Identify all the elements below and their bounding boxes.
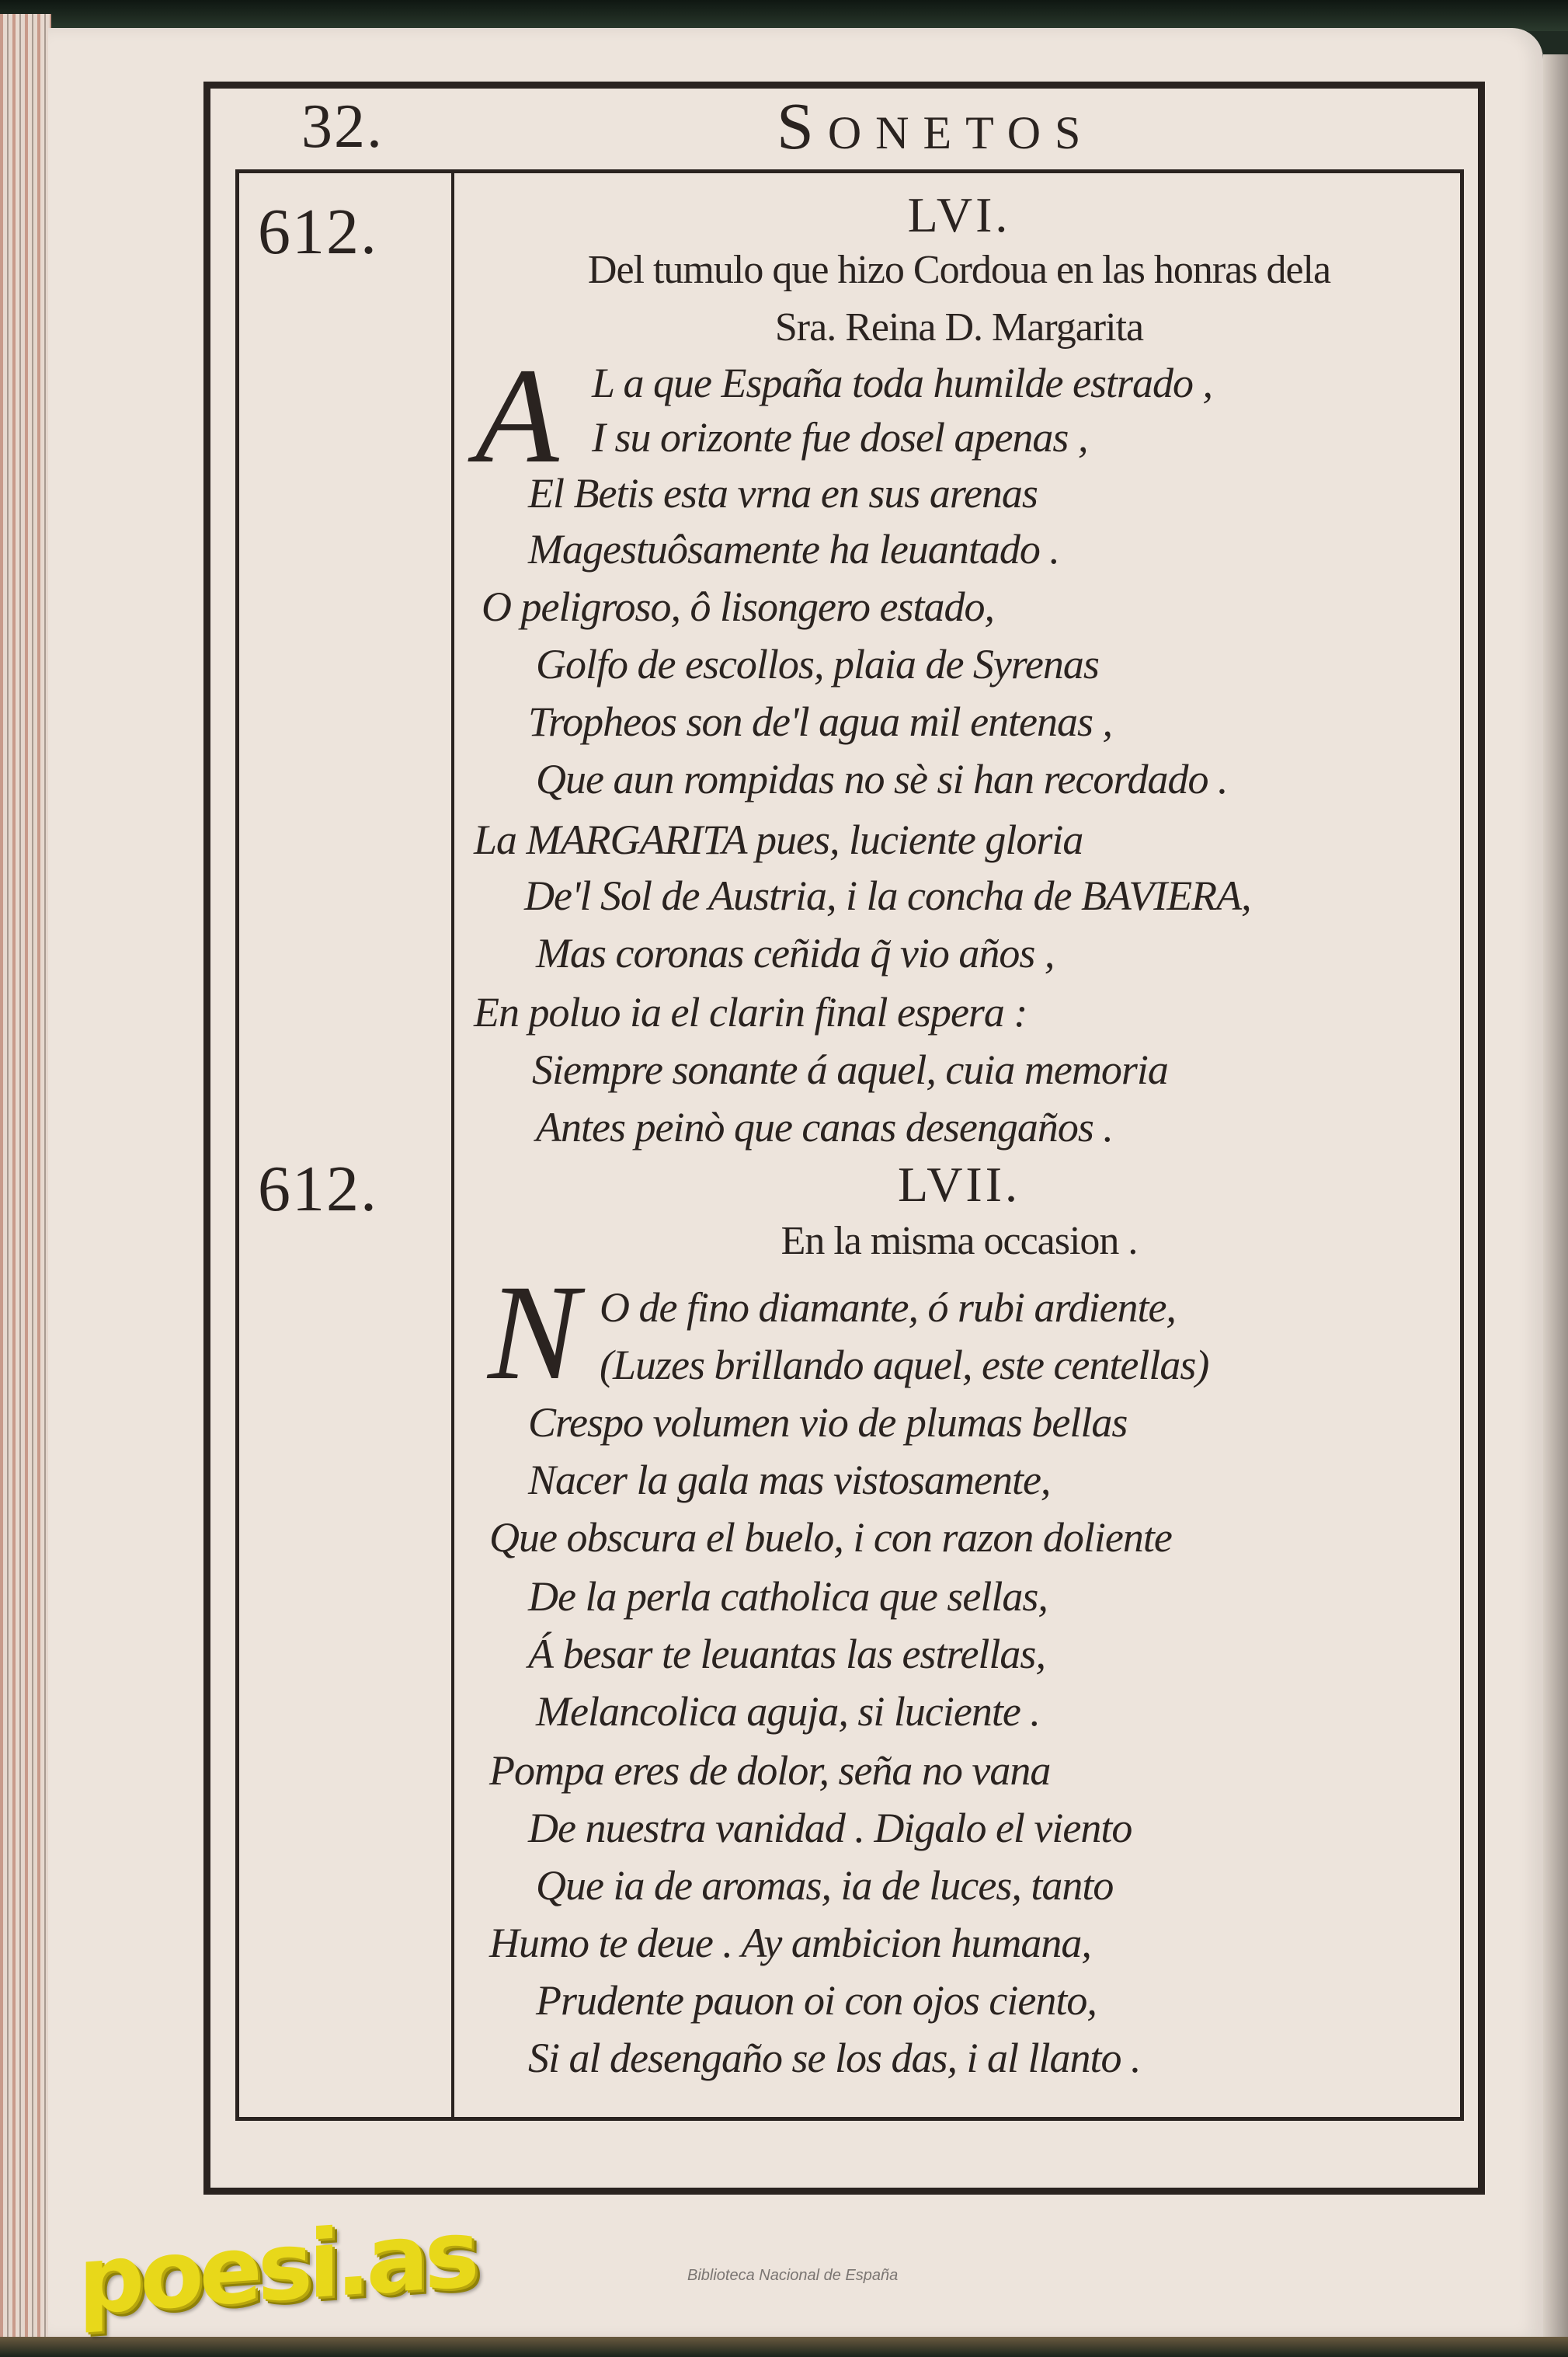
verse-line: Que ia de aromas, ia de luces, tanto (536, 1861, 1113, 1910)
sonnet-caption-line: Sra. Reina D. Margarita (454, 305, 1464, 350)
page-edges (0, 14, 51, 2337)
drop-cap: A (475, 348, 559, 485)
verse-line: En poluo ia el clarin final espera : (474, 988, 1027, 1036)
drop-cap: N (488, 1265, 579, 1401)
verse-line: Antes peinò que canas desengaños . (536, 1103, 1113, 1151)
page-number: 32. (301, 92, 384, 162)
running-head: Sonetos (777, 87, 1094, 165)
margin-number: 612. (258, 194, 378, 270)
verse-line: De nuestra vanidad . Digalo el viento (528, 1804, 1132, 1852)
verse-line: De la perla catholica que sellas, (528, 1572, 1048, 1621)
verse-line: L a que España toda humilde estrado , (592, 359, 1212, 407)
verse-line: Prudente pauon oi con ojos ciento, (536, 1976, 1097, 2025)
verse-line: Á besar te leuantas las estrellas, (528, 1630, 1045, 1678)
sonnet-caption-line: En la misma occasion . (454, 1218, 1464, 1264)
verse-line: Siempre sonante á aquel, cuia memoria (532, 1046, 1168, 1094)
verse-line: De'l Sol de Austria, i la concha de BAVI… (524, 872, 1251, 920)
library-credit: Biblioteca Nacional de España (687, 2267, 898, 2285)
book-binding-bottom (0, 2337, 1568, 2357)
sonnet-caption-line: Del tumulo que hizo Cordoua en las honra… (454, 247, 1464, 293)
verse-line: I su orizonte fue dosel apenas , (592, 413, 1087, 461)
verse-line: Que aun rompidas no sè si han recordado … (536, 755, 1227, 803)
verse-line: La MARGARITA pues, luciente gloria (474, 816, 1083, 864)
verse-line: Golfo de escollos, plaia de Syrenas (536, 640, 1099, 688)
verse-line: Mas coronas ceñida q̃ vio años , (536, 929, 1054, 977)
verse-line: Tropheos son de'l agua mil entenas , (528, 698, 1112, 746)
verse-line: Magestuôsamente ha leuantado . (528, 525, 1059, 573)
verse-line: O peligroso, ô lisongero estado, (482, 583, 994, 631)
verse-line: O de fino diamante, ó rubi ardiente, (600, 1283, 1176, 1332)
verse-line: Melancolica aguja, si luciente . (536, 1687, 1040, 1736)
verse-line: Pompa eres de dolor, seña no vana (489, 1746, 1050, 1795)
book-binding-top (0, 0, 1568, 31)
verse-line: Si al desengaño se los das, i al llanto … (528, 2034, 1141, 2082)
verse-line: (Luzes brillando aquel, este centellas) (600, 1341, 1208, 1389)
verse-line: Que obscura el buelo, i con razon dolien… (489, 1513, 1172, 1561)
sonnet-numeral: LVI. (454, 186, 1464, 244)
sonnet-numeral: LVII. (454, 1156, 1464, 1213)
verse-line: Crespo volumen vio de plumas bellas (528, 1398, 1127, 1447)
page-right-edge (1543, 54, 1568, 2338)
verse-line: El Betis esta vrna en sus arenas (528, 469, 1038, 517)
margin-column-divider (451, 169, 454, 2121)
margin-number: 612. (258, 1151, 378, 1227)
verse-line: Nacer la gala mas vistosamente, (528, 1456, 1050, 1504)
verse-line: Humo te deue . Ay ambicion humana, (489, 1919, 1091, 1967)
